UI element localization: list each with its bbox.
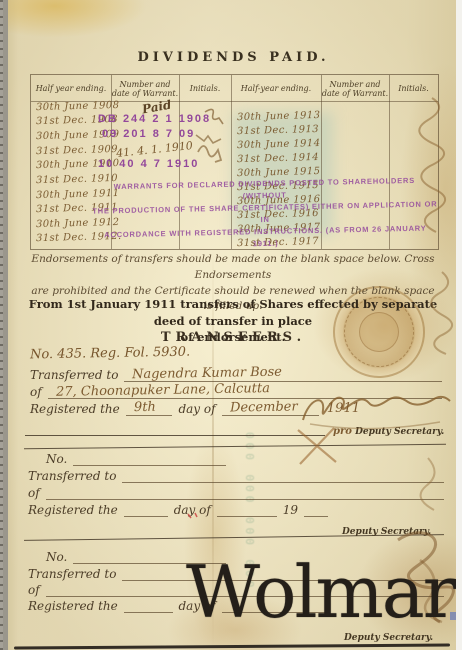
registered-the-label: Registered the xyxy=(30,402,120,416)
transfer2-transferred-row: Transferred to xyxy=(28,468,444,483)
pro-mark: pro xyxy=(333,426,352,437)
scan-bottom-edge xyxy=(14,643,450,649)
page-title: DIVIDENDS PAID. xyxy=(30,50,437,65)
of-label: of xyxy=(28,486,40,500)
month-field: December xyxy=(222,396,319,416)
blank-field xyxy=(304,502,328,517)
transfer2-address-row: of xyxy=(28,485,444,500)
of-label: of xyxy=(28,583,40,597)
registered-month: December xyxy=(221,399,297,415)
dividend-row: 30th June 1913 xyxy=(237,110,321,123)
blank-field xyxy=(46,485,444,500)
day-of-label: day of xyxy=(174,503,211,517)
col-header-initials-left: Initials. xyxy=(179,78,231,100)
no-label: No. xyxy=(46,452,67,466)
dividend-notice-stamp: WARRANTS FOR DECLARED DIVIDENDS POSTED T… xyxy=(91,174,438,253)
scan-right-edge xyxy=(456,0,462,650)
blank-field xyxy=(122,468,444,483)
blank-field xyxy=(124,502,168,517)
transfer1-registered-row: Registered the 9th day of December 1911 xyxy=(30,396,360,416)
day-of-label: day of xyxy=(178,402,215,416)
col-header-half-year-left: Half year ending. xyxy=(31,78,111,100)
blank-field xyxy=(73,451,226,466)
deputy-secretary-label: Deputy Secretary. xyxy=(355,427,444,437)
day-field: 9th xyxy=(126,396,173,416)
dividend-row: 30th June 1914 xyxy=(237,138,321,151)
blank-field xyxy=(124,598,173,613)
dividend-row: 31st Dec. 1914 xyxy=(237,152,319,165)
section-rule xyxy=(24,444,446,449)
warrant-stamp: 09 201 8 7 09 xyxy=(102,128,195,140)
blank-field xyxy=(217,502,277,517)
transfer-deed-notice-line: From 1st January 1911 transfers of Share… xyxy=(28,296,438,329)
transfer2-number-row: No. xyxy=(46,451,226,466)
margin-scribble xyxy=(421,458,435,510)
transferred-to-label: Transferred to xyxy=(28,567,116,581)
warrant-stamp: DB 244 2 1 1908 xyxy=(98,113,211,125)
col-header-initials-right: Initials. xyxy=(389,78,438,100)
year-prefix: 19 xyxy=(283,503,298,517)
transfer3-officer-title: Deputy Secretary. xyxy=(344,633,433,643)
col-header-half-year-right: Half-year ending. xyxy=(231,78,321,100)
transferred-to-label: Transferred to xyxy=(28,469,116,483)
transfer1-number-line: No. 435. Reg. Fol. 5930. xyxy=(30,345,190,363)
registered-the-label: Registered the xyxy=(28,503,118,517)
endorsement-note-line: Endorsements of transfers should be made… xyxy=(28,252,438,284)
transfer2-registered-row: Registered the day of 19 xyxy=(28,502,328,517)
scanner-edge-strip xyxy=(0,0,8,650)
dividend-row: 30th June 1908 xyxy=(36,100,120,113)
no-label: No. xyxy=(46,550,67,564)
section-rule xyxy=(25,435,325,436)
dividend-row: 31st Dec. 1909 xyxy=(36,144,118,157)
registered-day: 9th xyxy=(126,400,156,416)
wolmar-watermark: Wolmar xyxy=(186,556,455,628)
certificate-back-scan: 000 000 000 000 DIVIDENDS PAID. Half yea… xyxy=(0,0,462,650)
dividend-row: 31st Dec. 1913 xyxy=(237,124,319,137)
transfer1-officer-title: pro Deputy Secretary. xyxy=(333,426,444,437)
transfer2-officer-title: Deputy Secretary. xyxy=(342,527,431,537)
warrant-stamp: 10 40 4 7 1910 xyxy=(98,158,199,170)
transfers-heading: TRANSFERS. xyxy=(30,330,437,345)
registered-year: 1911 xyxy=(327,401,360,416)
registered-the-label: Registered the xyxy=(28,599,118,613)
col-header-warrant-right: Number and date of Warrant. xyxy=(321,78,389,100)
